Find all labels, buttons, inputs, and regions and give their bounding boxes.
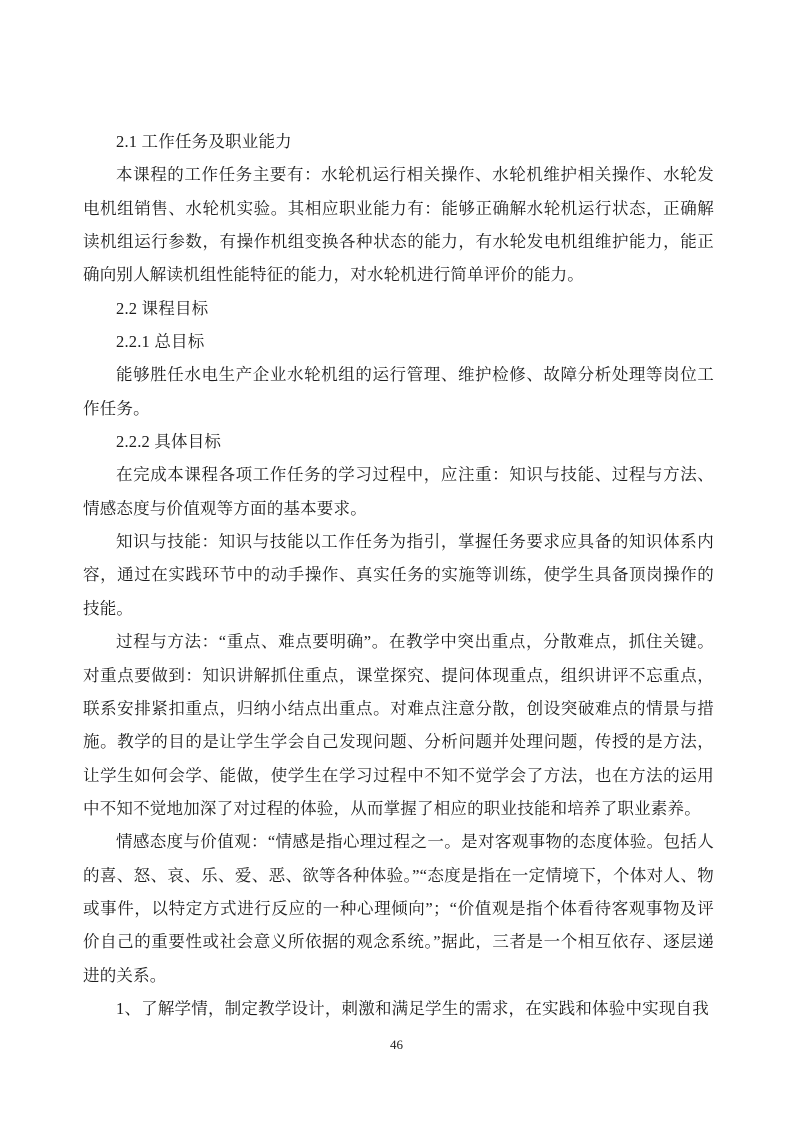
paragraph-learning-requirements: 在完成本课程各项工作任务的学习过程中，应注重：知识与技能、过程与方法、情感态度与… bbox=[83, 458, 714, 525]
section-heading-work-tasks: 2.1 工作任务及职业能力 bbox=[83, 125, 714, 158]
section-heading-course-objectives: 2.2 课程目标 bbox=[83, 292, 714, 325]
paragraph-item-1-understand-students: 1、了解学情，制定教学设计，刺激和满足学生的需求，在实践和体验中实现自我 bbox=[83, 992, 714, 1025]
section-heading-specific-objectives: 2.2.2 具体目标 bbox=[83, 425, 714, 458]
page-number: 46 bbox=[390, 1037, 403, 1052]
paragraph-knowledge-skills: 知识与技能：知识与技能以工作任务为指引，掌握任务要求应具备的知识体系内容，通过在… bbox=[83, 525, 714, 625]
paragraph-work-tasks-abilities: 本课程的工作任务主要有：水轮机运行相关操作、水轮机维护相关操作、水轮发电机组销售… bbox=[83, 158, 714, 291]
page-footer: 46 bbox=[0, 1036, 793, 1054]
section-heading-overall-objective: 2.2.1 总目标 bbox=[83, 325, 714, 358]
paragraph-emotion-values: 情感态度与价值观：“情感是指心理过程之一。是对客观事物的态度体验。包括人的喜、怒… bbox=[83, 825, 714, 992]
paragraph-process-methods: 过程与方法：“重点、难点要明确”。在教学中突出重点，分散难点，抓住关键。对重点要… bbox=[83, 625, 714, 825]
page-content: 2.1 工作任务及职业能力 本课程的工作任务主要有：水轮机运行相关操作、水轮机维… bbox=[83, 125, 714, 1025]
document-page: 2.1 工作任务及职业能力 本课程的工作任务主要有：水轮机运行相关操作、水轮机维… bbox=[0, 0, 793, 1122]
paragraph-overall-objective: 能够胜任水电生产企业水轮机组的运行管理、维护检修、故障分析处理等岗位工作任务。 bbox=[83, 358, 714, 425]
